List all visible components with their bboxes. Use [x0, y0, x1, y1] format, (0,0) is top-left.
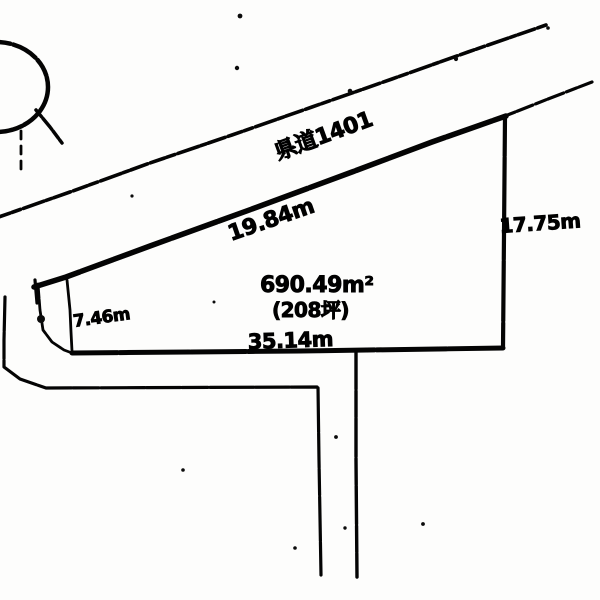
plot-left-tick [35, 280, 37, 303]
plot-left-sliver-inner [67, 280, 72, 351]
landmark-circle-arc [0, 42, 48, 132]
ink-blot [37, 315, 45, 323]
road-lower-line-extension [505, 82, 592, 116]
area-tsubo-label: (208坪) [272, 298, 349, 322]
branch-road-right-line [356, 351, 357, 577]
landmark-tail-line [36, 110, 62, 143]
bottom-edge-dimension: 35.14m [247, 327, 333, 354]
area-sqm-label: 690.49m² [260, 273, 373, 298]
right-edge-dimension: 17.75m [499, 208, 582, 238]
plot-top-edge [34, 116, 506, 287]
scanned-survey-sketch: 県道1401 19.84m 690.49m² (208坪) 35.14m 17.… [0, 0, 600, 600]
plot-diagram-canvas: 県道1401 19.84m 690.49m² (208坪) 35.14m 17.… [0, 0, 600, 600]
left-edge-dimension: 7.46m [72, 304, 131, 332]
road-upper-line [0, 25, 546, 218]
